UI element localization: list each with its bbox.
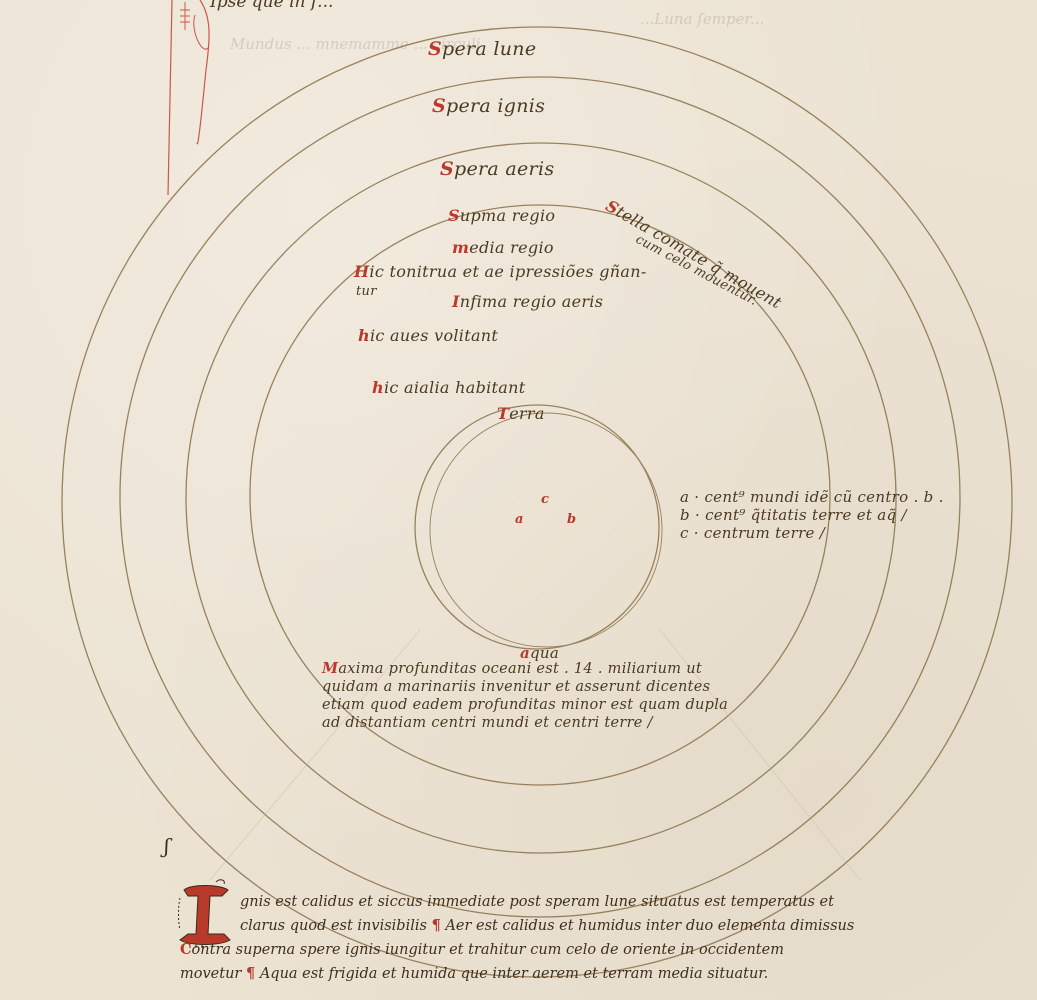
body-line-4: movetur ¶ Aqua est frigida et humida que… [180, 962, 1020, 986]
sphere-label-moon: Spera lune [428, 38, 536, 60]
body-line-1: gnis est calidus et siccus immediate pos… [180, 890, 1020, 914]
region-label-supreme: Supma regio [448, 206, 555, 225]
body-line-2: clarus quod est invisibilis ¶ Aer est ca… [180, 914, 1020, 938]
region-label-thunder: Hic tonitrua et ae ipressiões gñan- [354, 262, 647, 281]
center-point-b: b [567, 512, 576, 527]
body-text: gnis est calidus et siccus immediate pos… [180, 890, 1020, 986]
manuscript-page: Ipse que in ſ... ...Luna ſemper... Mundu… [0, 0, 1037, 1000]
center-point-a: a [515, 512, 523, 527]
region-label-thunder-cont: tur [356, 284, 377, 299]
body-line-3: Contra superna spere ignis iungitur et t… [180, 938, 1020, 962]
region-label-middle: media regio [452, 238, 554, 257]
earth-inner-arc [430, 413, 662, 647]
region-label-lowest: Infima regio aeris [452, 292, 603, 311]
sphere-label-air: Spera aeris [440, 158, 554, 180]
ocean-depth-note: Maxima profunditas oceani est . 14 . mil… [322, 660, 728, 732]
region-label-animals: hic aialia habitant [372, 378, 525, 397]
region-label-birds: hic aues volitant [358, 326, 498, 345]
margin-flourish-s: ʃ [164, 834, 170, 858]
center-legend: a · cent⁹ mundi idẽ cũ centro . b . b · … [680, 488, 944, 542]
earth-label: Terra [497, 404, 545, 423]
sphere-label-fire: Spera ignis [432, 95, 545, 117]
center-point-c: c [541, 492, 549, 507]
